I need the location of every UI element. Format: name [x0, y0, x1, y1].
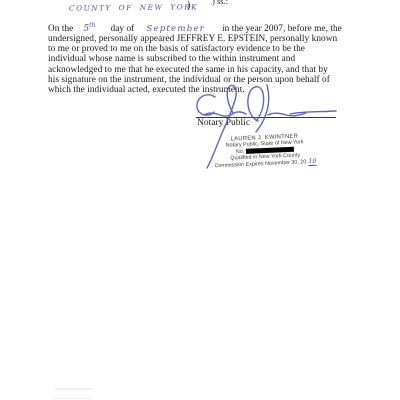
notary-public-label: Notary Public: [197, 118, 250, 128]
paragraph-line-6: his signature on the instrument, the ind…: [48, 75, 353, 85]
paragraph-line-1: On the5thday ofSeptemberin the year 2007…: [48, 21, 353, 34]
ss-label: ) ss.:: [212, 0, 228, 6]
paragraph-line-5: acknowledged to me that he executed the …: [48, 65, 353, 75]
paragraph-line-7: which the individual acted, executed the…: [48, 85, 353, 95]
line1-prefix: On the: [48, 24, 73, 34]
signature-stroke: [290, 111, 336, 114]
day-handwritten: 5th: [83, 24, 95, 34]
document-page: ) ss.: COUNTY OF NEW YORK ) On the5thday…: [0, 0, 400, 400]
month-handwritten: September: [146, 24, 205, 34]
notary-stamp: LAUREN J. KWINTNER Notary Public, State …: [201, 133, 328, 170]
signature-stroke: [268, 113, 306, 116]
acknowledgment-paragraph: On the5thday ofSeptemberin the year 2007…: [48, 21, 353, 95]
paragraph-line-3: to me or proved to me on the basis of sa…: [48, 44, 353, 54]
signature-stroke: [204, 112, 246, 116]
expiry-year-handwritten: 10: [308, 156, 317, 165]
county-handwritten: COUNTY OF NEW YORK: [69, 2, 198, 12]
day-ordinal: th: [89, 22, 95, 29]
line1-suffix: in the year 2007, before me, the: [222, 24, 342, 34]
county-paren: ): [187, 0, 190, 11]
paragraph-line-4: individual whose name is subscribed to t…: [48, 54, 353, 64]
signature-stroke: [197, 95, 215, 115]
paragraph-line-2: undersigned, personally appeared JEFFREY…: [48, 34, 353, 44]
line1-mid: day of: [111, 24, 135, 34]
faint-artifact: [55, 388, 93, 399]
